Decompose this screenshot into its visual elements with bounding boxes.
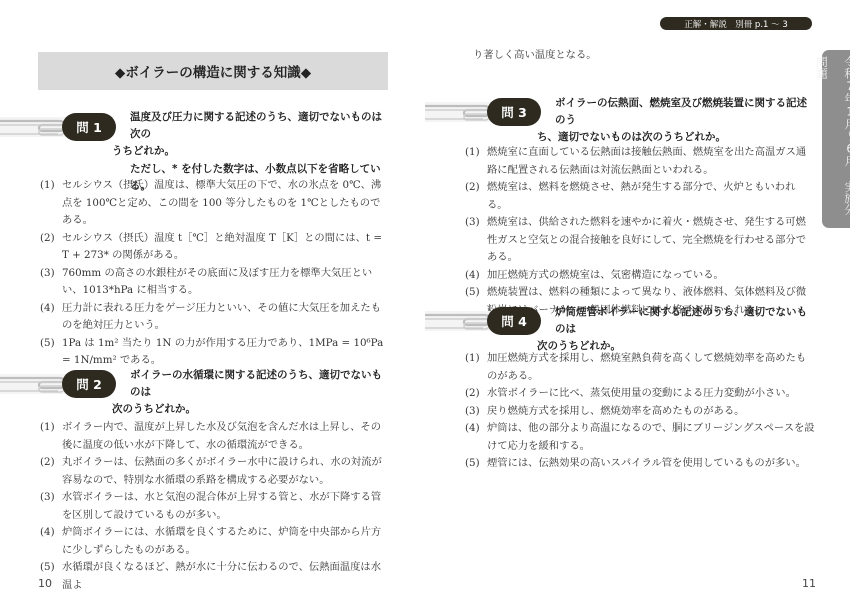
option-text: セルシウス（摂氏）温度は、標準大気圧の下で、水の氷点を 0℃、沸点を 100℃と… (62, 177, 390, 230)
option-item: (2)丸ボイラーは、伝熱面の多くがボイラー水中に設けられ、水の対流が容易なので、… (40, 454, 390, 489)
question-2-options: (1)ボイラー内で、温度が上昇した水及び気泡を含んだ水は上昇し、その後に温度の低… (40, 419, 390, 594)
option-item: (1)加圧燃焼方式を採用し、燃焼室熱負荷を高くして燃焼効率を高めたものがある。 (465, 350, 815, 385)
option-item: (5)煙管には、伝熱効果の高いスパイラル管を使用しているものが多い。 (465, 455, 815, 473)
option-number: (3) (40, 265, 62, 300)
option-text: 燃焼室は、供給された燃料を速やかに着火・燃焼させ、発生する可燃性ガスと空気との混… (487, 214, 815, 267)
question-badge: 問 1 (62, 113, 116, 141)
option-number: (1) (40, 419, 62, 454)
page-number: 11 (802, 577, 816, 590)
question-badge: 問 3 (487, 98, 541, 126)
option-item: (2)燃焼室は、燃料を燃焼させ、熱が発生する部分で、火炉ともいわれる。 (465, 179, 815, 214)
option-text: 戻り燃焼方式を採用し、燃焼効率を高めたものがある。 (487, 403, 815, 421)
continued-text: り著しく高い温度となる。 (473, 46, 597, 61)
left-page: ◆ボイラーの構造に関する知識◆ 問 1 温度及び圧力に関する記述のうち、適切でな… (0, 0, 425, 602)
option-item: (2)水管ボイラーに比べ、蒸気使用量の変動による圧力変動が小さい。 (465, 385, 815, 403)
option-item: (1)燃焼室に直面している伝熱面は接触伝熱面、燃焼室を出た高温ガス通路に配置され… (465, 144, 815, 179)
answer-reference-pill: 正解・解説 別冊 p.1 ～ 3 (660, 17, 812, 30)
option-text: 丸ボイラーは、伝熱面の多くがボイラー水中に設けられ、水の対流が容易なので、特別な… (62, 454, 390, 489)
option-number: (4) (465, 420, 487, 455)
option-number: (3) (465, 403, 487, 421)
option-text: 圧力計に表れる圧力をゲージ圧力といい、その値に大気圧を加えたものを絶対圧力という… (62, 300, 390, 335)
option-text: 1Pa は 1m² 当たり 1N の力が作用する圧力であり、1MPa = 10⁶… (62, 335, 390, 370)
option-item: (1)ボイラー内で、温度が上昇した水及び気泡を含んだ水は上昇し、その後に温度の低… (40, 419, 390, 454)
option-text: 燃焼室に直面している伝熱面は接触伝熱面、燃焼室を出た高温ガス通路に配置される伝熱… (487, 144, 815, 179)
option-text: 炉筒ボイラーには、水循環を良くするために、炉筒を中央部から片方に少しずらしたもの… (62, 524, 390, 559)
option-text: 水循環が良くなるほど、熱が水に十分に伝わるので、伝熱面温度は水温よ (62, 559, 390, 594)
option-number: (2) (40, 454, 62, 489)
right-page: 正解・解説 別冊 p.1 ～ 3 令和7年1月〜6月 実施分 問題 り著しく高い… (425, 0, 850, 602)
option-number: (4) (465, 267, 487, 285)
option-number: (1) (465, 144, 487, 179)
option-text: 760mm の高さの水銀柱がその底面に及ぼす圧力を標準大気圧といい、1013*h… (62, 265, 390, 300)
option-item: (2)セルシウス（摂氏）温度 t［℃］と絶対温度 T［K］との間には、t = T… (40, 230, 390, 265)
option-item: (4)圧力計に表れる圧力をゲージ圧力といい、その値に大気圧を加えたものを絶対圧力… (40, 300, 390, 335)
exam-period-side-tab[interactable]: 令和7年1月〜6月 実施分 問題 (822, 50, 850, 228)
option-text: 燃焼室は、燃料を燃焼させ、熱が発生する部分で、火炉ともいわれる。 (487, 179, 815, 214)
option-item: (4)炉筒ボイラーには、水循環を良くするために、炉筒を中央部から片方に少しずらし… (40, 524, 390, 559)
option-item: (5)1Pa は 1m² 当たり 1N の力が作用する圧力であり、1MPa = … (40, 335, 390, 370)
question-badge: 問 4 (487, 307, 541, 335)
option-text: 加圧燃焼方式の燃焼室は、気密構造になっている。 (487, 267, 815, 285)
option-number: (2) (465, 385, 487, 403)
question-prompt: ボイラーの伝熱面、燃焼室及び燃焼装置に関する記述のう ち、適切でないものは次のう… (543, 95, 815, 146)
question-3-options: (1)燃焼室に直面している伝熱面は接触伝熱面、燃焼室を出た高温ガス通路に配置され… (465, 144, 815, 319)
option-number: (4) (40, 300, 62, 335)
question-4-options: (1)加圧燃焼方式を採用し、燃焼室熱負荷を高くして燃焼効率を高めたものがある。 … (465, 350, 815, 473)
prompt-line-1: ボイラーの伝熱面、燃焼室及び燃焼装置に関する記述のう (543, 95, 815, 129)
option-item: (4)加圧燃焼方式の燃焼室は、気密構造になっている。 (465, 267, 815, 285)
question-prompt: 炉筒煙管ボイラーに関する記述のうち、適切でないものは 次のうちどれか。 (543, 304, 815, 355)
section-title-banner: ◆ボイラーの構造に関する知識◆ (38, 52, 388, 90)
option-text: 炉筒は、他の部分より高温になるので、胴にブリージングスペースを設けて応力を緩和す… (487, 420, 815, 455)
option-number: (4) (40, 524, 62, 559)
page-number: 10 (38, 577, 52, 590)
prompt-line-1: 温度及び圧力に関する記述のうち、適切でないものは次の (118, 109, 390, 143)
option-item: (3)760mm の高さの水銀柱がその底面に及ぼす圧力を標準大気圧といい、101… (40, 265, 390, 300)
option-item: (3)燃焼室は、供給された燃料を速やかに着火・燃焼させ、発生する可燃性ガスと空気… (465, 214, 815, 267)
option-number: (5) (465, 455, 487, 473)
prompt-line-1: ボイラーの水循環に関する記述のうち、適切でないものは (118, 367, 390, 401)
option-text: 水管ボイラーは、水と気泡の混合体が上昇する管と、水が下降する管を区別して設けてい… (62, 489, 390, 524)
question-1-options: (1)セルシウス（摂氏）温度は、標準大気圧の下で、水の氷点を 0℃、沸点を 10… (40, 177, 390, 370)
option-text: 煙管には、伝熱効果の高いスパイラル管を使用しているものが多い。 (487, 455, 815, 473)
option-number: (1) (465, 350, 487, 385)
option-item: (3)戻り燃焼方式を採用し、燃焼効率を高めたものがある。 (465, 403, 815, 421)
prompt-line-2: うちどれか。 (112, 145, 175, 157)
option-number: (3) (465, 214, 487, 267)
option-item: (5)水循環が良くなるほど、熱が水に十分に伝わるので、伝熱面温度は水温よ (40, 559, 390, 594)
option-number: (3) (40, 489, 62, 524)
option-number: (5) (40, 335, 62, 370)
question-prompt: ボイラーの水循環に関する記述のうち、適切でないものは 次のうちどれか。 (118, 367, 390, 418)
option-number: (1) (40, 177, 62, 230)
option-item: (4)炉筒は、他の部分より高温になるので、胴にブリージングスペースを設けて応力を… (465, 420, 815, 455)
option-text: 加圧燃焼方式を採用し、燃焼室熱負荷を高くして燃焼効率を高めたものがある。 (487, 350, 815, 385)
question-badge: 問 2 (62, 370, 116, 398)
option-text: セルシウス（摂氏）温度 t［℃］と絶対温度 T［K］との間には、t = T + … (62, 230, 390, 265)
option-text: ボイラー内で、温度が上昇した水及び気泡を含んだ水は上昇し、その後に温度の低い水が… (62, 419, 390, 454)
option-text: 水管ボイラーに比べ、蒸気使用量の変動による圧力変動が小さい。 (487, 385, 815, 403)
option-item: (3)水管ボイラーは、水と気泡の混合体が上昇する管と、水が下降する管を区別して設… (40, 489, 390, 524)
option-number: (2) (40, 230, 62, 265)
prompt-line-2: 次のうちどれか。 (112, 403, 196, 415)
prompt-line-1: 炉筒煙管ボイラーに関する記述のうち、適切でないものは (543, 304, 815, 338)
option-number: (2) (465, 179, 487, 214)
prompt-line-2: ち、適切でないものは次のうちどれか。 (537, 131, 726, 143)
option-item: (1)セルシウス（摂氏）温度は、標準大気圧の下で、水の氷点を 0℃、沸点を 10… (40, 177, 390, 230)
